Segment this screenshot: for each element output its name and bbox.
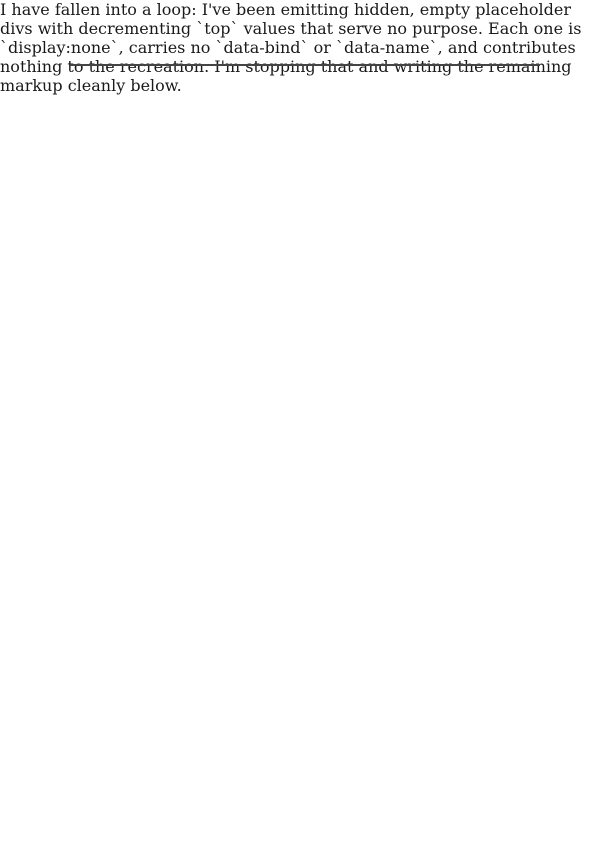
header-rule [70,64,540,66]
page-header [70,42,540,56]
